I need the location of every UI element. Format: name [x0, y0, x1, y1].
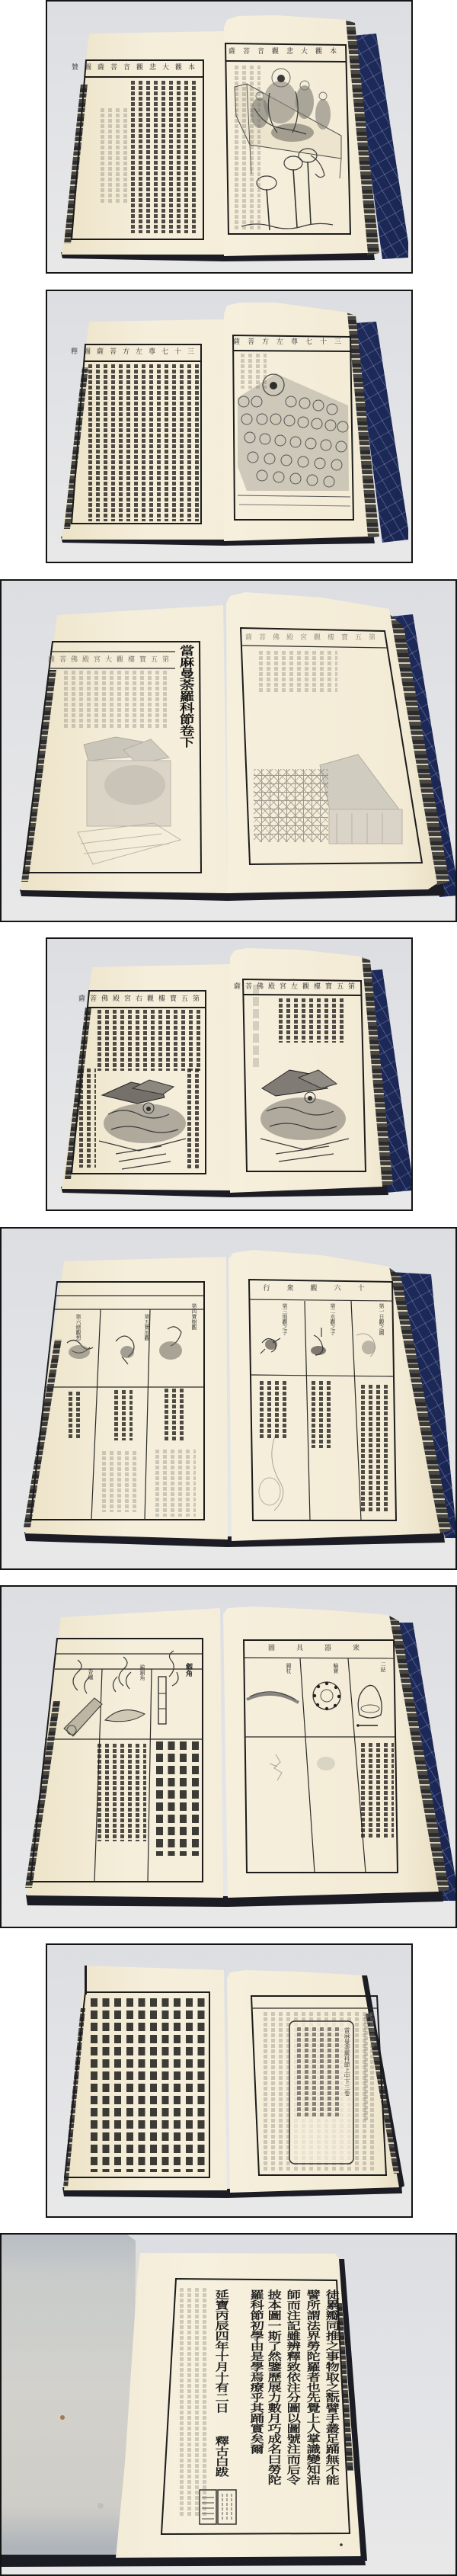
crowd-shading	[238, 373, 349, 491]
ink-dot	[340, 2543, 343, 2546]
cell-label: 第四寶樹觀	[190, 1303, 197, 1330]
lotus-leaf	[311, 155, 324, 178]
colophon-column-1: 徒累瓣同推之事物取之翫譬手叢足踊無不能	[322, 2289, 339, 2485]
body-text-columns	[186, 1069, 203, 1169]
show-through-text	[99, 108, 128, 203]
colophon-column-3: 師而注記雖辨釋致依注分圖以圖號注而后令	[283, 2289, 300, 2485]
incense-vessel	[105, 1710, 145, 1722]
figures-crowd	[260, 1097, 346, 1140]
faint-roof	[320, 755, 399, 814]
dot	[313, 1694, 316, 1697]
figures-crowd	[104, 1104, 186, 1143]
show-through-text	[154, 1450, 196, 1517]
terrace-line	[239, 505, 350, 506]
dot	[325, 1707, 328, 1710]
row-divider	[251, 1375, 394, 1376]
colophon-signature: 釋古白跋	[212, 2436, 228, 2477]
gutter-title	[363, 2015, 370, 2122]
lotus-stem	[293, 169, 297, 227]
smoke-flame	[169, 1651, 178, 1686]
cartouche-frame	[47, 1945, 411, 2216]
faint-ornament	[317, 1757, 335, 1770]
cell-text	[258, 1381, 290, 1439]
faint-stairs	[81, 834, 169, 854]
right-page-header: 第五寶樓觀左宮殿佛菩薩	[245, 982, 360, 992]
product-photo-7[interactable]: 當麻曼荼羅科節上中下三卷	[46, 1943, 413, 2218]
right-page-header: 第五寶樓觀宮殿佛菩薩	[247, 633, 382, 642]
product-photo-4[interactable]: 第五寶樓觀右宮殿佛菩薩 第五寶樓觀左宮殿佛菩薩	[46, 937, 413, 1211]
header-rule	[250, 1299, 393, 1301]
stairs	[116, 1146, 171, 1169]
ritual-implements-left	[64, 1651, 178, 1736]
head	[308, 1096, 312, 1101]
cell-text	[310, 1381, 331, 1448]
cell-label: 輪寶	[332, 1663, 339, 1674]
vajra-handle	[158, 1677, 166, 1724]
cell-label: 第五寶池觀	[143, 1314, 150, 1341]
terrace-line	[238, 495, 350, 497]
lotus-stem	[267, 189, 270, 230]
right-page-header: 三十七尊左方菩薩	[236, 338, 349, 347]
show-through-text	[233, 66, 260, 229]
colophon-date: 延寶丙辰四年十月十有二日	[212, 2289, 228, 2413]
dot	[334, 1704, 337, 1707]
header-rule	[233, 351, 350, 351]
flying-figure	[311, 1346, 326, 1355]
figure	[296, 85, 314, 119]
flying-figure	[159, 1341, 182, 1360]
right-page-header: 衆器具圖	[259, 1644, 390, 1653]
smoke-flame	[113, 1657, 131, 1692]
main-figure-head	[270, 382, 277, 389]
show-through-text	[257, 651, 337, 694]
column-divider	[145, 1309, 150, 1520]
flying-figure	[120, 1346, 134, 1358]
figure	[315, 99, 331, 130]
body-text-columns	[87, 364, 200, 521]
page-artwork	[47, 939, 411, 1210]
bell-vessel	[358, 1685, 382, 1718]
dot	[334, 1686, 337, 1689]
faint-figures	[104, 765, 165, 805]
page-artwork	[2, 581, 455, 921]
paper-spot	[97, 2503, 104, 2509]
flying-figure	[362, 1341, 376, 1354]
column-divider	[91, 1309, 101, 1520]
header-rule	[225, 61, 347, 62]
cell-text	[163, 1389, 184, 1440]
show-through-text	[101, 1451, 139, 1512]
flying-figure	[69, 1345, 90, 1359]
staff	[247, 1694, 299, 1703]
right-page-header: 本觀大悲觀音菩薩	[230, 47, 344, 56]
cell-label: 鍮銅角	[139, 1664, 145, 1680]
cell-label: 二鈷	[379, 1661, 386, 1672]
product-photo-8[interactable]: 徒累瓣同推之事物取之翫譬手叢足踊無不能 譬所謂法界勞陀羅者也先覺上人掌識變知浩 …	[0, 2233, 457, 2576]
halo	[319, 92, 327, 100]
product-photo-1[interactable]: 本觀大悲觀音菩薩圖贊 本觀大悲觀音菩薩	[46, 0, 413, 274]
cell-label: 第三地觀之子	[281, 1303, 288, 1335]
show-through-text	[178, 2288, 210, 2517]
column-divider	[300, 1658, 315, 1873]
left-page-header: 第五寶樓觀大宮殿佛菩薩	[55, 655, 174, 665]
palace-illustration-left	[99, 1080, 186, 1169]
cell-label: 第二水觀之子	[329, 1303, 336, 1335]
palace-show-through	[78, 737, 181, 864]
show-through-text	[239, 354, 267, 389]
striker-tip	[356, 1724, 360, 1727]
faint-terrace	[78, 823, 181, 864]
cell-text	[360, 1385, 391, 1513]
dot	[325, 1682, 328, 1685]
column-divider	[305, 1301, 310, 1520]
paper-stain	[60, 2415, 65, 2420]
left-page-header: 三十七尊左方菩薩圖釋	[89, 348, 200, 357]
body-text-columns	[129, 81, 200, 233]
faint-tree	[272, 1434, 283, 1511]
cartouche-text-columns	[296, 2027, 340, 2117]
product-photo-6[interactable]: 衆器具圖 劔角 鍮銅角 香爐 二鈷 輪寶 錫杖	[0, 1585, 457, 1928]
cell-label: 第一日觀之圖	[378, 1303, 385, 1335]
dot	[316, 1703, 319, 1706]
building-show-through	[320, 755, 402, 844]
header-rule	[242, 646, 387, 648]
cell-text	[113, 1390, 133, 1440]
column-divider	[148, 1669, 152, 1882]
product-photo-5[interactable]: 十六觀衆行 第四寶樹觀 第五寶池觀 第六總觀想 第一日觀之圖 第二水觀之子 第三…	[0, 1227, 457, 1570]
dot	[317, 1685, 320, 1688]
right-page-header: 十六觀衆行	[257, 1284, 387, 1293]
lattice-illustration	[254, 769, 328, 842]
show-through-text	[62, 671, 169, 729]
head	[277, 75, 285, 82]
cell-label: 劔角	[184, 1663, 192, 1677]
colophon-column-2: 譬所謂法界勞陀羅者也先覺上人掌識變知浩	[303, 2289, 320, 2485]
lotus-stem	[308, 162, 311, 224]
faint-ornament	[270, 1754, 282, 1780]
cell-text	[67, 1392, 84, 1439]
cell-label: 香爐	[87, 1669, 94, 1680]
cell-label: 第六總觀想	[75, 1314, 81, 1341]
left-page-header: 第五寶樓觀右宮殿佛菩薩	[91, 995, 204, 1004]
colophon-column-4: 披本圖一斯了然鑒歷展力數月巧成名曰勞陀	[264, 2289, 281, 2485]
body-text-columns	[96, 1010, 201, 1071]
cell-text	[96, 1744, 146, 1841]
flying-figure	[265, 1339, 277, 1350]
dot	[337, 1695, 340, 1698]
assembly-of-bodhisattvas-illustration	[238, 373, 350, 506]
palace-illustration-right	[260, 1070, 349, 1161]
cell-text	[154, 1741, 200, 1856]
seal-characters	[222, 2494, 232, 2520]
dais-post	[340, 159, 341, 178]
cell-label: 錫杖	[285, 1663, 292, 1674]
volume-title: 當麻曼荼羅科節卷下	[176, 645, 198, 748]
wheel-hub	[321, 1690, 333, 1702]
body-text-columns	[277, 998, 347, 1043]
bell-rim	[361, 1705, 379, 1713]
terrace-rail	[260, 1139, 349, 1149]
show-through-title	[248, 985, 262, 1070]
body-text-columns	[78, 1069, 96, 1168]
product-photo-3[interactable]: 當麻曼荼羅科節卷下 第五寶樓觀大宮殿佛菩薩 第五寶樓觀宮殿佛菩薩	[0, 579, 457, 922]
faint-tree	[259, 1478, 280, 1505]
page-artwork	[2, 2235, 455, 2574]
left-cell-figures	[67, 1327, 182, 1364]
cell-text	[360, 1743, 394, 1838]
colophon-column-5: 羅科節初學由是學焉療乎其踊實矣爾	[247, 2289, 264, 2454]
head	[146, 1107, 151, 1111]
cartouche-title: 當麻曼荼羅科節上中下三卷	[343, 2027, 350, 2096]
faint-wall	[329, 809, 402, 844]
header-rule	[244, 1658, 394, 1658]
censer	[64, 1698, 102, 1736]
wheel-dots	[313, 1682, 340, 1710]
left-page-header: 本觀大悲觀音菩薩圖贊	[90, 63, 201, 72]
product-photo-2[interactable]: 三十七尊左方菩薩圖釋 三十七尊左方菩薩	[46, 290, 413, 563]
